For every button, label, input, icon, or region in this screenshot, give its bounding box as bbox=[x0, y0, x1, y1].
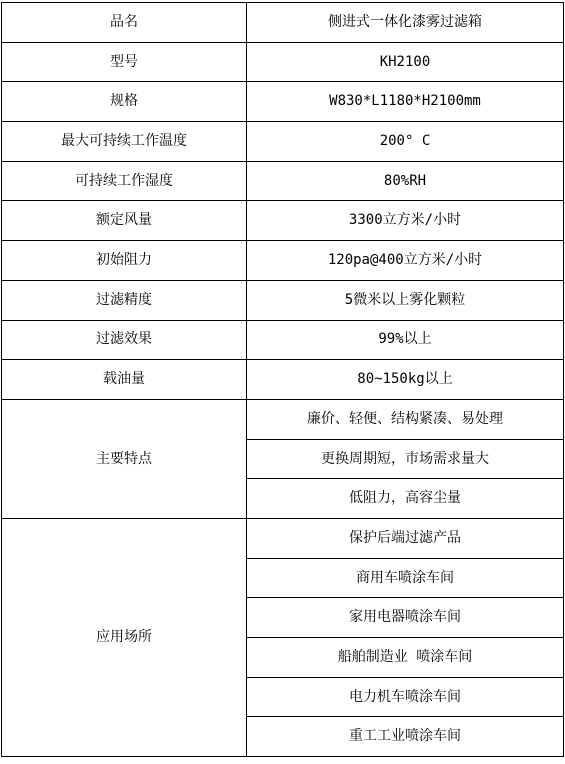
label-cell: 载油量 bbox=[2, 360, 247, 400]
label-cell: 可持续工作湿度 bbox=[2, 161, 247, 201]
table-row: 过滤效果 99%以上 bbox=[2, 320, 564, 360]
value-cell: 99%以上 bbox=[247, 320, 564, 360]
table-row: 规格 W830*L1180*H2100mm bbox=[2, 82, 564, 122]
value-cell: 船舶制造业 喷涂车间 bbox=[247, 638, 564, 678]
value-cell: 80%RH bbox=[247, 161, 564, 201]
label-cell: 规格 bbox=[2, 82, 247, 122]
value-cell: 5微米以上雾化颗粒 bbox=[247, 280, 564, 320]
value-cell: 廉价、轻便、结构紧凑、易处理 bbox=[247, 399, 564, 439]
table-row: 额定风量 3300立方米/小时 bbox=[2, 201, 564, 241]
table-row: 应用场所 保护后端过滤产品 bbox=[2, 518, 564, 558]
table-row: 可持续工作湿度 80%RH bbox=[2, 161, 564, 201]
label-cell: 主要特点 bbox=[2, 399, 247, 518]
value-cell: W830*L1180*H2100mm bbox=[247, 82, 564, 122]
value-cell: 更换周期短，市场需求量大 bbox=[247, 439, 564, 479]
table-row: 主要特点 廉价、轻便、结构紧凑、易处理 bbox=[2, 399, 564, 439]
table-row: 过滤精度 5微米以上雾化颗粒 bbox=[2, 280, 564, 320]
value-cell: 80~150kg以上 bbox=[247, 360, 564, 400]
value-cell: 3300立方米/小时 bbox=[247, 201, 564, 241]
value-cell: 保护后端过滤产品 bbox=[247, 518, 564, 558]
value-cell: 商用车喷涂车间 bbox=[247, 558, 564, 598]
label-cell: 初始阻力 bbox=[2, 241, 247, 281]
label-cell: 应用场所 bbox=[2, 518, 247, 756]
label-cell: 型号 bbox=[2, 42, 247, 82]
label-cell: 最大可持续工作温度 bbox=[2, 122, 247, 162]
value-cell: 200° C bbox=[247, 122, 564, 162]
table-row: 型号 KH2100 bbox=[2, 42, 564, 82]
value-cell: 电力机车喷涂车间 bbox=[247, 677, 564, 717]
product-spec-table: 品名 侧进式一体化漆雾过滤箱 型号 KH2100 规格 W830*L1180*H… bbox=[1, 2, 564, 757]
value-cell: 家用电器喷涂车间 bbox=[247, 598, 564, 638]
table-row: 初始阻力 120pa@400立方米/小时 bbox=[2, 241, 564, 281]
label-cell: 过滤效果 bbox=[2, 320, 247, 360]
value-cell: 120pa@400立方米/小时 bbox=[247, 241, 564, 281]
table-row: 最大可持续工作温度 200° C bbox=[2, 122, 564, 162]
value-cell: 低阻力，高容尘量 bbox=[247, 479, 564, 519]
value-cell: 重工工业喷涂车间 bbox=[247, 717, 564, 757]
value-cell: 侧进式一体化漆雾过滤箱 bbox=[247, 3, 564, 43]
label-cell: 品名 bbox=[2, 3, 247, 43]
value-cell: KH2100 bbox=[247, 42, 564, 82]
label-cell: 额定风量 bbox=[2, 201, 247, 241]
label-cell: 过滤精度 bbox=[2, 280, 247, 320]
table-row: 载油量 80~150kg以上 bbox=[2, 360, 564, 400]
table-row: 品名 侧进式一体化漆雾过滤箱 bbox=[2, 3, 564, 43]
